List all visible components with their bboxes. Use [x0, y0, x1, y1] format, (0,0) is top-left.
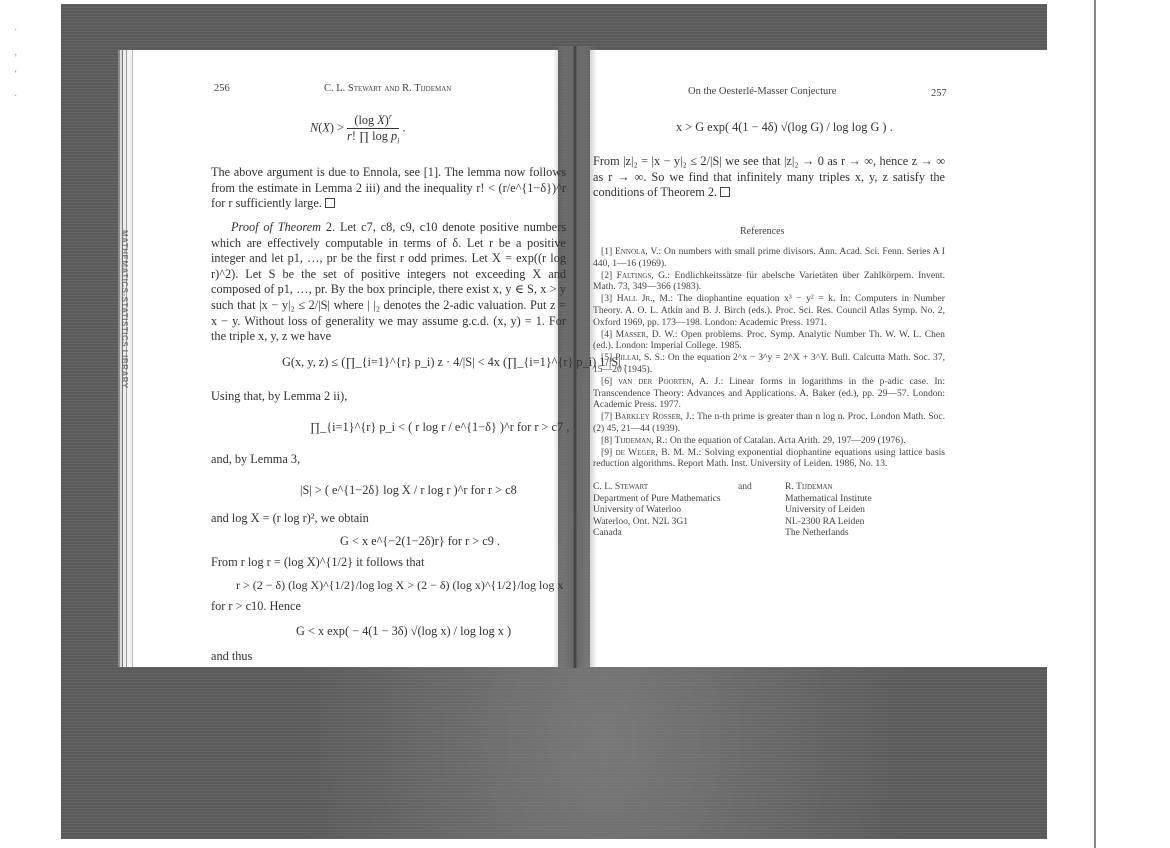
qed-box	[720, 187, 730, 197]
scan-specks: ·‚ʻ·	[14, 20, 34, 130]
library-stamp: MATHEMATICS-STATISTICS LIBRARY	[119, 230, 129, 610]
running-head-left: C. L. Stewart and R. Tijdeman	[324, 83, 451, 94]
text-using-lemma2: Using that, by Lemma 2 ii),	[211, 389, 347, 405]
references-list: [1] Ennola, V.: On numbers with small pr…	[593, 246, 945, 470]
address-stewart: C. L. Stewart Department of Pure Mathema…	[593, 481, 721, 539]
reference-item: [3] Hall Jr., M.: The diophantine equati…	[593, 293, 945, 328]
reference-item: [7] Barkley Rosser, J.: The n-th prime i…	[593, 411, 945, 435]
running-head-right: On the Oesterlé-Masser Conjecture	[688, 86, 836, 97]
reference-item: [6] van der Poorten, A. J.: Linear forms…	[593, 376, 945, 411]
text-lemma3: and, by Lemma 3,	[211, 452, 300, 468]
page-number-right: 257	[931, 88, 947, 99]
address-and: and	[738, 481, 752, 493]
proof-theorem-2: Proof of Theorem 2. Let c7, c8, c9, c10 …	[211, 220, 566, 345]
qed-box	[325, 198, 335, 208]
formula-g-bound: G < x e^{−2(1−2δ)r} for r > c9 .	[340, 534, 500, 549]
text-and-thus: and thus	[211, 649, 252, 665]
reference-item: [9] de Weger, B. M. M.: Solving exponent…	[593, 447, 945, 471]
text-for-c10: for r > c10. Hence	[211, 599, 301, 615]
formula-r-bound: r > (2 − δ) (log X)^{1/2}/log log X > (2…	[236, 578, 563, 593]
formula-product-primes: ∏_{i=1}^{r} p_i < ( r log r / e^{1−δ} )^…	[310, 420, 569, 435]
text-log-x: and log X = (r log r)², we obtain	[211, 511, 369, 527]
paragraph-conclusion: From |z|₂ = |x − y|₂ ≤ 2/|S| we see that…	[593, 154, 945, 201]
reference-item: [2] Faltings, G.: Endlichkeitssätze für …	[593, 270, 945, 294]
address-tijdeman: R. Tijdeman Mathematical Institute Unive…	[785, 481, 872, 539]
reference-item: [4] Masser, D. W.: Open problems. Proc. …	[593, 329, 945, 353]
formula-x-bound: x > G exp( 4(1 − 4δ) √(log G) / log log …	[676, 120, 893, 135]
text-from-rlogr: From r log r = (log X)^{1/2} it follows …	[211, 555, 424, 571]
reference-item: [1] Ennola, V.: On numbers with small pr…	[593, 246, 945, 270]
reference-item: [5] Pillai, S. S.: On the equation 2^x −…	[593, 352, 945, 376]
references-heading: References	[740, 226, 784, 237]
page-number-left: 256	[214, 83, 230, 94]
formula-g-xyz: G(x, y, z) ≤ (∏_{i=1}^{r} p_i) z · 4/|S|…	[282, 355, 627, 370]
scan-edge	[1094, 0, 1096, 848]
formula-g-exp: G < x exp( − 4(1 − 3δ) √(log x) / log lo…	[296, 624, 511, 639]
formula-s-bound: |S| > ( e^{1−2δ} log X / r log r )^r for…	[300, 483, 517, 498]
formula-n-x: N(X) > (log X)r r! ∏ log pi .	[310, 112, 406, 146]
reference-item: [8] Tijdeman, R.: On the equation of Cat…	[593, 435, 945, 447]
paragraph-ennola: The above argument is due to Ennola, see…	[211, 165, 566, 212]
